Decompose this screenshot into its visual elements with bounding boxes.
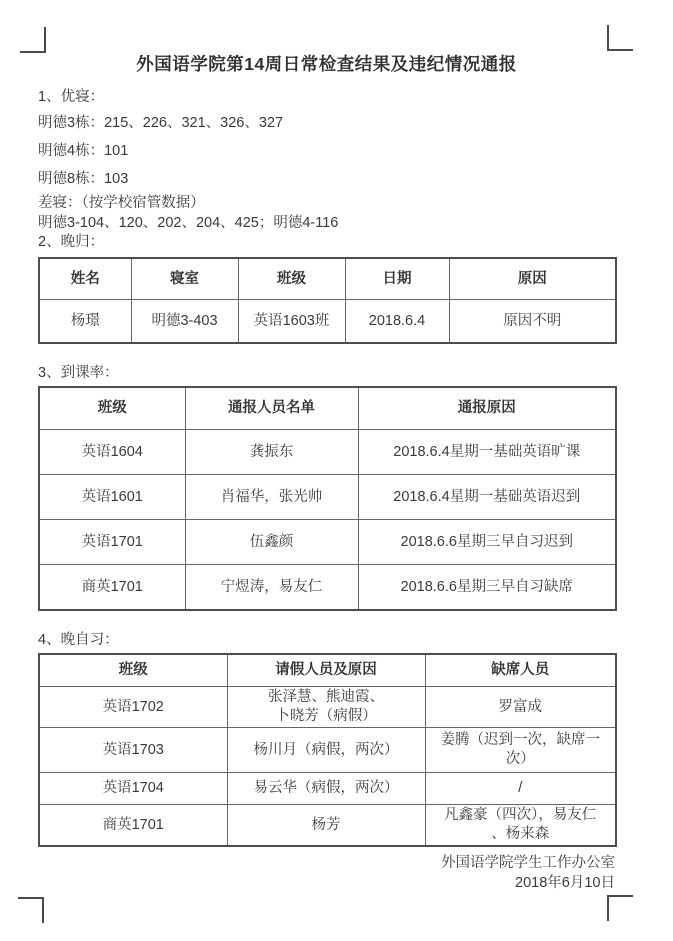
column-header: 寝室 xyxy=(131,258,238,300)
table-header-row: 姓名 寝室 班级 日期 原因 xyxy=(39,258,616,300)
column-header: 姓名 xyxy=(39,258,131,300)
table-cell: 明德3-403 xyxy=(131,300,238,344)
column-header: 缺席人员 xyxy=(425,654,616,687)
table-cell: 龚振东 xyxy=(185,430,358,475)
section4-heading: 4、晚自习： xyxy=(38,631,615,650)
evening-study-table: 班级 请假人员及原因 缺席人员 英语1702 张泽慧、熊迪霞、 卜晓芳（病假） … xyxy=(38,653,617,847)
bad-dorm-heading: 差寝：（按学校宿管数据） xyxy=(38,194,615,213)
table-cell: 凡鑫豪（四次），易友仁 、杨来森 xyxy=(425,805,616,847)
crop-mark-top-right-icon xyxy=(607,25,633,51)
table-cell: 杨川月（病假，两次） xyxy=(227,728,425,773)
table-row: 英语1704 易云华（病假，两次） / xyxy=(39,773,616,805)
table-cell: 2018.6.6星期三早自习迟到 xyxy=(358,520,616,565)
column-header: 班级 xyxy=(39,387,185,430)
good-dorm-line-3: 明德3栋：215、226、321、326、327 xyxy=(38,114,615,133)
table-cell: 2018.6.6星期三早自习缺席 xyxy=(358,565,616,611)
table-cell: 宁煜涛，易友仁 xyxy=(185,565,358,611)
table-cell: 原因不明 xyxy=(449,300,616,344)
table-row: 英语1703 杨川月（病假，两次） 姜腾（迟到一次，缺席一 次） xyxy=(39,728,616,773)
good-dorm-line-8: 明德8栋：103 xyxy=(38,170,615,189)
table-cell: 罗富成 xyxy=(425,687,616,728)
page-title: 外国语学院第14周日常检查结果及违纪情况通报 xyxy=(38,50,615,78)
table-cell: 英语1604 xyxy=(39,430,185,475)
column-header: 班级 xyxy=(238,258,345,300)
section1-heading: 1、优寝： xyxy=(38,88,615,107)
bad-dorm-line: 明德3-104、120、202、204、425；明德4-116 xyxy=(38,214,615,233)
signature-block: 外国语学院学生工作办公室 2018年6月10日 xyxy=(38,853,615,893)
table-cell: 商英1701 xyxy=(39,805,227,847)
table-row: 商英1701 宁煜涛，易友仁 2018.6.6星期三早自习缺席 xyxy=(39,565,616,611)
table-cell: 伍鑫颜 xyxy=(185,520,358,565)
attendance-table: 班级 通报人员名单 通报原因 英语1604 龚振东 2018.6.4星期一基础英… xyxy=(38,386,617,611)
column-header: 请假人员及原因 xyxy=(227,654,425,687)
table-cell: 英语1703 xyxy=(39,728,227,773)
section2-heading: 2、晚归： xyxy=(38,233,615,252)
table-header-row: 班级 请假人员及原因 缺席人员 xyxy=(39,654,616,687)
table-cell: / xyxy=(425,773,616,805)
document-content: 外国语学院第14周日常检查结果及违纪情况通报 1、优寝： 明德3栋：215、22… xyxy=(38,50,615,893)
crop-mark-bottom-left-icon xyxy=(18,897,44,923)
column-header: 通报原因 xyxy=(358,387,616,430)
table-row: 杨璟 明德3-403 英语1603班 2018.6.4 原因不明 xyxy=(39,300,616,344)
table-cell: 英语1601 xyxy=(39,475,185,520)
table-cell: 英语1701 xyxy=(39,520,185,565)
table-cell: 2018.6.4星期一基础英语迟到 xyxy=(358,475,616,520)
late-return-table: 姓名 寝室 班级 日期 原因 杨璟 明德3-403 英语1603班 2018.6… xyxy=(38,257,617,344)
column-header: 班级 xyxy=(39,654,227,687)
signature-date: 2018年6月10日 xyxy=(38,873,615,893)
column-header: 通报人员名单 xyxy=(185,387,358,430)
table-cell: 英语1704 xyxy=(39,773,227,805)
table-row: 英语1601 肖福华，张光帅 2018.6.4星期一基础英语迟到 xyxy=(39,475,616,520)
table-cell: 姜腾（迟到一次，缺席一 次） xyxy=(425,728,616,773)
table-row: 英语1701 伍鑫颜 2018.6.6星期三早自习迟到 xyxy=(39,520,616,565)
document-page: 外国语学院第14周日常检查结果及违纪情况通报 1、优寝： 明德3栋：215、22… xyxy=(0,0,673,941)
table-cell: 易云华（病假，两次） xyxy=(227,773,425,805)
signature-office: 外国语学院学生工作办公室 xyxy=(38,853,615,873)
table-cell: 杨芳 xyxy=(227,805,425,847)
table-row: 英语1604 龚振东 2018.6.4星期一基础英语旷课 xyxy=(39,430,616,475)
table-cell: 英语1702 xyxy=(39,687,227,728)
table-cell: 杨璟 xyxy=(39,300,131,344)
good-dorm-line-4: 明德4栋：101 xyxy=(38,142,615,161)
table-row: 商英1701 杨芳 凡鑫豪（四次），易友仁 、杨来森 xyxy=(39,805,616,847)
table-cell: 2018.6.4 xyxy=(345,300,449,344)
column-header: 原因 xyxy=(449,258,616,300)
table-row: 英语1702 张泽慧、熊迪霞、 卜晓芳（病假） 罗富成 xyxy=(39,687,616,728)
table-cell: 张泽慧、熊迪霞、 卜晓芳（病假） xyxy=(227,687,425,728)
section3-heading: 3、到课率： xyxy=(38,364,615,383)
table-cell: 肖福华，张光帅 xyxy=(185,475,358,520)
table-cell: 英语1603班 xyxy=(238,300,345,344)
table-header-row: 班级 通报人员名单 通报原因 xyxy=(39,387,616,430)
crop-mark-bottom-right-icon xyxy=(607,895,633,921)
table-cell: 2018.6.4星期一基础英语旷课 xyxy=(358,430,616,475)
column-header: 日期 xyxy=(345,258,449,300)
table-cell: 商英1701 xyxy=(39,565,185,611)
